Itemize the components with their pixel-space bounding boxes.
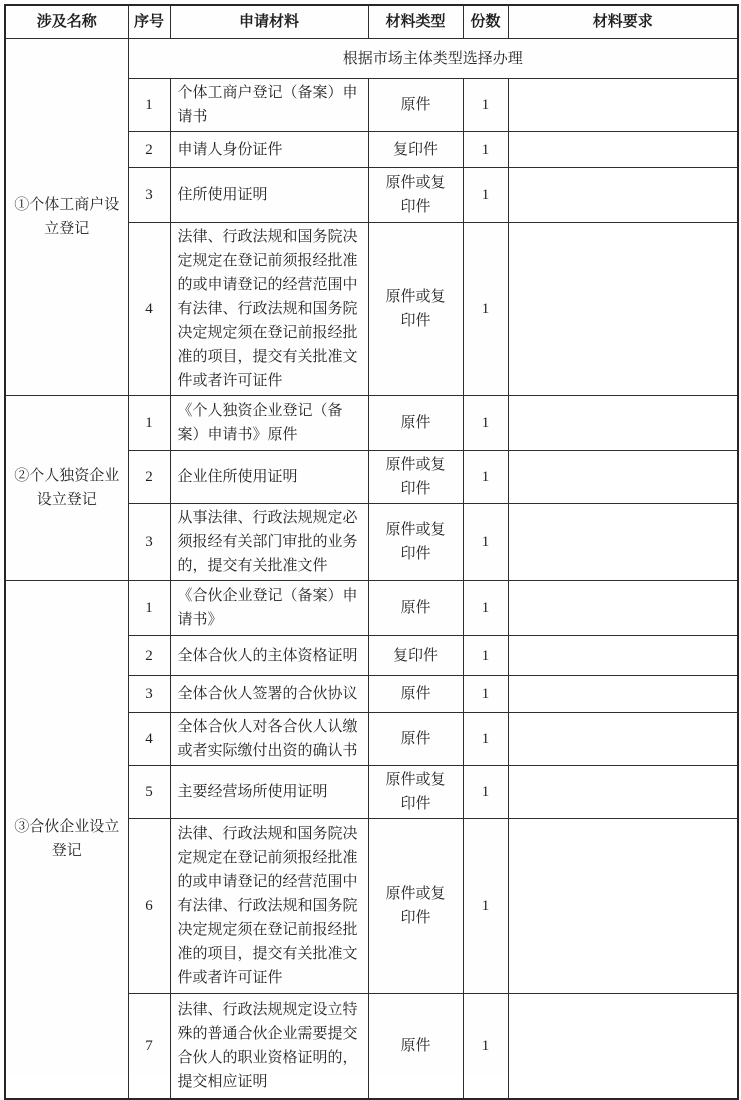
material-cell: 法律、行政法规和国务院决定规定在登记前须报经批准的或申请登记的经营范围中有法律、… xyxy=(170,223,368,396)
copies-cell: 1 xyxy=(463,676,508,713)
document-page: 涉及名称 序号 申请材料 材料类型 份数 材料要求 ①个体工商户设 立登记 根据… xyxy=(0,0,741,1075)
serial-cell: 4 xyxy=(128,223,170,396)
copies-cell: 1 xyxy=(463,396,508,451)
copies-cell: 1 xyxy=(463,504,508,581)
header-requirement: 材料要求 xyxy=(508,5,738,39)
type-cell: 复印件 xyxy=(368,636,463,676)
serial-cell: 3 xyxy=(128,168,170,223)
requirement-cell xyxy=(508,79,738,132)
copies-cell: 1 xyxy=(463,79,508,132)
type-cell: 原件 xyxy=(368,396,463,451)
serial-cell: 3 xyxy=(128,676,170,713)
type-cell: 原件 xyxy=(368,713,463,766)
material-cell: 申请人身份证件 xyxy=(170,132,368,168)
group-cell-sole-proprietorship: ②个人独资企业 设立登记 xyxy=(5,396,128,581)
material-cell: 从事法律、行政法规规定必须报经有关部门审批的业务的，提交有关批准文件 xyxy=(170,504,368,581)
serial-cell: 6 xyxy=(128,819,170,994)
header-row: 涉及名称 序号 申请材料 材料类型 份数 材料要求 xyxy=(5,5,738,39)
material-cell: 《合伙企业登记（备案）申请书》 xyxy=(170,581,368,636)
material-cell: 个体工商户登记（备案）申请书 xyxy=(170,79,368,132)
requirement-cell xyxy=(508,766,738,819)
material-cell: 全体合伙人签署的合伙协议 xyxy=(170,676,368,713)
type-cell: 原件或复印件 xyxy=(368,223,463,396)
table-row: ③合伙企业设立 登记 1 《合伙企业登记（备案）申请书》 原件 1 xyxy=(5,581,738,636)
type-cell: 原件 xyxy=(368,79,463,132)
serial-cell: 1 xyxy=(128,396,170,451)
material-cell: 全体合伙人对各合伙人认缴或者实际缴付出资的确认书 xyxy=(170,713,368,766)
serial-cell: 1 xyxy=(128,581,170,636)
requirement-cell xyxy=(508,451,738,504)
requirement-cell xyxy=(508,713,738,766)
requirement-cell xyxy=(508,396,738,451)
type-cell: 原件或复印件 xyxy=(368,819,463,994)
table-row: ②个人独资企业 设立登记 1 《个人独资企业登记（备案）申请书》原件 原件 1 xyxy=(5,396,738,451)
material-cell: 法律、行政法规和国务院决定规定在登记前须报经批准的或申请登记的经营范围中有法律、… xyxy=(170,819,368,994)
type-cell: 原件或复印件 xyxy=(368,766,463,819)
materials-table: 涉及名称 序号 申请材料 材料类型 份数 材料要求 ①个体工商户设 立登记 根据… xyxy=(4,4,739,1100)
header-material: 申请材料 xyxy=(170,5,368,39)
type-cell: 原件 xyxy=(368,676,463,713)
copies-cell: 1 xyxy=(463,819,508,994)
copies-cell: 1 xyxy=(463,168,508,223)
header-material-type: 材料类型 xyxy=(368,5,463,39)
serial-cell: 1 xyxy=(128,79,170,132)
type-cell: 复印件 xyxy=(368,132,463,168)
material-cell: 企业住所使用证明 xyxy=(170,451,368,504)
material-cell: 全体合伙人的主体资格证明 xyxy=(170,636,368,676)
serial-cell: 7 xyxy=(128,994,170,1099)
copies-cell: 1 xyxy=(463,636,508,676)
copies-cell: 1 xyxy=(463,994,508,1099)
copies-cell: 1 xyxy=(463,581,508,636)
serial-cell: 3 xyxy=(128,504,170,581)
material-cell: 《个人独资企业登记（备案）申请书》原件 xyxy=(170,396,368,451)
serial-cell: 2 xyxy=(128,451,170,504)
copies-cell: 1 xyxy=(463,451,508,504)
serial-cell: 2 xyxy=(128,636,170,676)
header-serial: 序号 xyxy=(128,5,170,39)
type-cell: 原件或复印件 xyxy=(368,504,463,581)
requirement-cell xyxy=(508,636,738,676)
requirement-cell xyxy=(508,504,738,581)
group-cell-individual-business: ①个体工商户设 立登记 xyxy=(5,39,128,396)
table-row: ①个体工商户设 立登记 根据市场主体类型选择办理 xyxy=(5,39,738,79)
material-cell: 主要经营场所使用证明 xyxy=(170,766,368,819)
copies-cell: 1 xyxy=(463,766,508,819)
serial-cell: 4 xyxy=(128,713,170,766)
requirement-cell xyxy=(508,994,738,1099)
serial-cell: 2 xyxy=(128,132,170,168)
requirement-cell xyxy=(508,223,738,396)
header-copies: 份数 xyxy=(463,5,508,39)
merged-note-cell: 根据市场主体类型选择办理 xyxy=(128,39,738,79)
material-cell: 法律、行政法规规定设立特殊的普通合伙企业需要提交合伙人的职业资格证明的，提交相应… xyxy=(170,994,368,1099)
requirement-cell xyxy=(508,581,738,636)
material-cell: 住所使用证明 xyxy=(170,168,368,223)
serial-cell: 5 xyxy=(128,766,170,819)
requirement-cell xyxy=(508,819,738,994)
type-cell: 原件 xyxy=(368,994,463,1099)
header-involved-name: 涉及名称 xyxy=(5,5,128,39)
requirement-cell xyxy=(508,132,738,168)
copies-cell: 1 xyxy=(463,223,508,396)
requirement-cell xyxy=(508,676,738,713)
copies-cell: 1 xyxy=(463,713,508,766)
type-cell: 原件 xyxy=(368,581,463,636)
requirement-cell xyxy=(508,168,738,223)
group-cell-partnership: ③合伙企业设立 登记 xyxy=(5,581,128,1099)
type-cell: 原件或复印件 xyxy=(368,451,463,504)
type-cell: 原件或复印件 xyxy=(368,168,463,223)
copies-cell: 1 xyxy=(463,132,508,168)
